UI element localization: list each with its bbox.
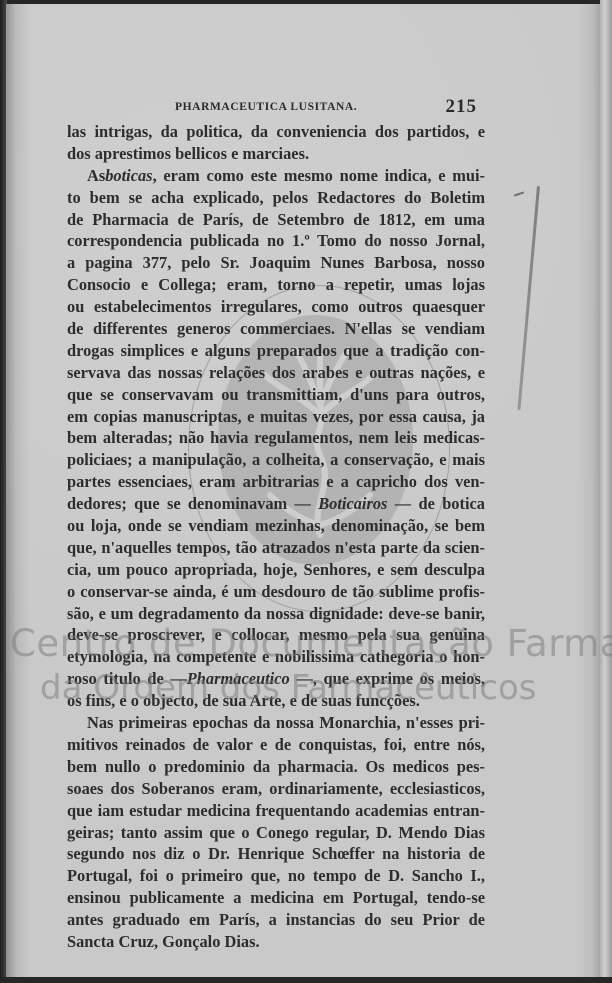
scan-bottom-border [0,977,612,983]
italic-term: Pharmaceutico [187,669,290,688]
running-title: PHARMACEUTICA LUSITANA. [175,101,357,113]
text-line: Sancta Cruz, Gonçalo Dias. [67,931,485,953]
text-line: geiras; tanto assim que o Conego regular… [67,822,485,844]
text-line: em copias manuscriptas, e muitas vezes, … [67,406,485,428]
text-line: segundo nos diz o Dr. Henrique Schœffer … [67,843,485,865]
italic-term: Boticairos [318,494,387,513]
text-line: que, n'aquelles tempos, tão atrazados n'… [67,537,485,559]
italic-term: boticas [105,166,152,185]
text-line: a pagina 377, pelo Sr. Joaquim Nunes Bar… [67,252,485,274]
text-line: Portugal, foi o primeiro que, no tempo d… [67,865,485,887]
text-line: são, e um degradamento da nossa dignidad… [67,603,485,625]
text-line: que iam estudar medicina frequentando ac… [67,800,485,822]
text-line: dos aprestimos bellicos e marciaes. [67,143,485,165]
text-line: ou estabelecimentos irregulares, como ou… [67,296,485,318]
page-number: 215 [446,96,478,118]
text-line: las intrigas, da politica, da convenienc… [67,121,485,143]
text-line: Consocio e Collega; eram, torno a repeti… [67,274,485,296]
text-line: etymologia, na competente e nobilissima … [67,646,485,668]
body-text: las intrigas, da politica, da convenienc… [67,121,485,953]
text-line: que se conservavam ou transmittiam, d'un… [67,384,485,406]
text-line: bem nullo o predominio da pharmacia. Os … [67,756,485,778]
text-line: policiaes; a manipulação, a colheita, a … [67,449,485,471]
text-line: o conservar-se ainda, é um desdouro de t… [67,581,485,603]
text-line: de differentes generos commerciaes. N'el… [67,318,485,340]
text-line: servava das nossas relações dos arabes e… [67,362,485,384]
running-header: PHARMACEUTICA LUSITANA. 215 [172,96,477,118]
text-line: Asboticas, eram como este mesmo nome ind… [67,165,485,187]
text-line: dedores; que se denominavam — Boticairos… [67,493,485,515]
text-line: ensinou publicamente a medicina em Portu… [67,887,485,909]
text-line: de Pharmacia de París, de Setembro de 18… [67,209,485,231]
text-line: to bem se acha explicado, pelos Redactor… [67,187,485,209]
text-line: drogas simplices e alguns preparados que… [67,340,485,362]
text-line: correspondencia publicada no 1.º Tomo do… [67,230,485,252]
text-line: cia, um pouco apropriada, hoje, Senhores… [67,559,485,581]
text-line: antes graduado em París, a instancias do… [67,909,485,931]
text-line: mitivos reinados de valor e de conquista… [67,734,485,756]
text-line: bem alteradas; não havia regulamentos, n… [67,427,485,449]
text-line: deve-se proscrever, e collocar, mesmo pe… [67,624,485,646]
text-line: soaes dos Soberanos eram, ordinariamente… [67,778,485,800]
text-line: partes essenciaes, eram arbitrarias e a … [67,471,485,493]
text-line: roso titulo de —Pharmaceutico —, que exp… [67,668,485,690]
text-line: os fins, e o objecto, de sua Arte, e de … [67,690,485,712]
text-line: Nas primeiras epochas da nossa Monarchia… [67,712,485,734]
text-line: ou loja, onde se vendiam mezinhas, denom… [67,515,485,537]
page-edge [600,0,612,983]
